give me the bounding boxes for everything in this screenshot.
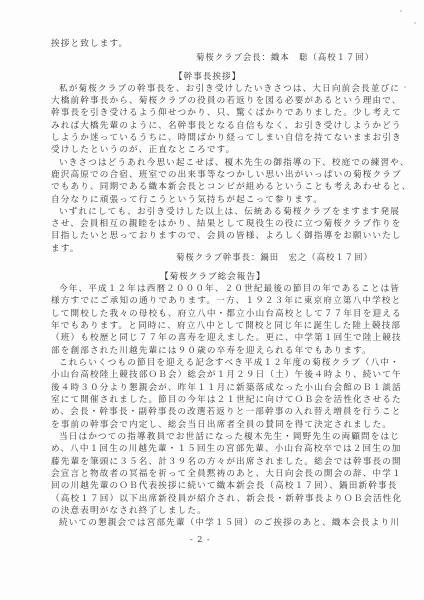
paragraph-line: 今年、平成１２年は西暦２０００年、２０世紀最後の節目の年であることは皆 (59, 284, 379, 294)
paragraph-line: め、八中１回生の川越先輩・１５回生の宮部先輩、小山台高校卒では２回生の加 (51, 444, 371, 454)
paragraph-line: しようか迷っているうちに、時間ばかり経ってしまい自信を持てないままお引き (51, 133, 371, 143)
paragraph-line: を事前の幹事会で内定し、総会当日出席者全員の賛同を得て決定されました。 (51, 420, 371, 430)
paragraph-line: これらいくつもの節目を迎える記念すべき平成１２年度の菊桜クラブ（八中・ (59, 358, 379, 368)
paragraph-line: 大橋前幹事長から、菊桜クラブの役員の若返りを図る必要があるという理由で、 (51, 96, 371, 106)
paragraph-line: 受けしたというのが、正直なところです。 (51, 145, 371, 155)
scan-speck (414, 22, 416, 24)
paragraph-line: の決意表明がなされ終了しました。 (51, 506, 371, 516)
paragraph-line: 続いての懇親会では宮部先輩（中学１５回）のご挨拶のあと、織本会長より川 (59, 518, 379, 528)
paragraph-line: 部を創部された川越先輩には９０歳の卒寿を迎えられる年でもあります。 (51, 346, 371, 356)
paragraph-line: 後４時３０分より懇親会が、昨年１１月に新築落成なった小山台会館のＢ１談話 (51, 383, 371, 393)
paragraph-line: いきさつはどうあれ今思い起こせば、榎木先生の御指導の下、校庭での練習や、 (59, 158, 379, 168)
paragraph-line: （班）も校歴と同じ７７年の喜寿を迎えました。更に、中学第１回生で陸上競技 (51, 333, 371, 343)
paragraph-line: 私が菊桜クラブの幹事長を、お引き受けしたいきさつは、大日向前会長並びに (59, 84, 379, 94)
scan-speck (400, 10, 402, 12)
paragraph-line: 藤先輩を筆頭に３５名、計３９名の方々が出席されました。総会では幹事長の開 (51, 457, 371, 467)
paragraph-line: 回の川越先輩のＯＢ代表挨拶に続いて織本新会長（高校１７回）、鍋田新幹事長 (51, 481, 371, 491)
scan-speck (404, 86, 406, 88)
paragraph-line: 会宣言と物故者の冥福を祈って全員黙祷のあと、大日向会長の開会の辞、中学１ (51, 469, 371, 479)
intro-tail-text: 挨拶と致します。 (51, 39, 371, 49)
paragraph-line: （高校１７回）以下出席新役員が紹介され、新会長・新幹事長よりＯＢ会活性化 (51, 494, 371, 504)
paragraph-line: 幹事長を引き受けるよう仰せつかり、只、驚くばかりでありました。少し考えて (51, 108, 371, 118)
document-page: 挨拶と致します。 菊桜クラブ会長：織本 聡（高校１７回） 【幹事長挨拶】 私が菊… (0, 0, 424, 600)
paragraph-line: 小山台高校陸上競技部ＯＢ会）総会が１月２９日（土）午後４時より、続いて午 (51, 370, 371, 380)
paragraph-line: みれば大橋先輩のように、名幹事長となる自信もなく、お引き受けしようかどう (51, 121, 371, 131)
paragraph-line: め、会長・幹事長・副幹事長の改選若返りと一部幹事の入れ替え増員を行うこと (51, 407, 371, 417)
paragraph-line: 年でもあります。と同時に、府立八中として開校と同じ年に誕生した陸上競技部 (51, 321, 371, 331)
secretary-signature: 菊桜クラブ幹事長：鍋田 宏之（高校１７回） (176, 252, 373, 262)
paragraph-line: 様方すでにご承知の通りであります。一方、１９２３年に東京府立第八中学校と (51, 296, 371, 306)
paragraph-line: いずれにしても、お引き受けした以上は、伝統ある菊桜クラブをますます発展 (59, 207, 379, 217)
section-heading-secretary-greeting: 【幹事長挨拶】 (174, 72, 241, 82)
paragraph-line: 室にて開催されました。節目の今年は２１世紀に向けてＯＢ会を活性化させるた (51, 395, 371, 405)
paragraph-line: 鹿沢高原での合宿、班室での出来事等なつかしい思い出がいっぱいの菊桜クラブ (51, 170, 371, 180)
paragraph-line: でもあり、同期である織本新会長とコンビが組めるということも考えあわせると、 (51, 182, 371, 192)
section-heading-general-meeting-report: 【菊桜クラブ総会報告】 (160, 272, 266, 282)
paragraph-line: 自分なりに頑張って行こうという気持ちが起こって参ります。 (51, 195, 371, 205)
paragraph-line: 当日はかつての指導教員でお世話になった榎木先生・岡野先生の両顧問をはじ (59, 432, 379, 442)
paragraph-line: させ、会員相互の親睦をはかり、結果として現役生の役に立つ菊桜クラブ作りを (51, 219, 371, 229)
paragraph-line: 目指したいと思っておりますので、会員の皆様、よろしく御指導をお願いいたし (51, 231, 371, 241)
paragraph-line: して開校した我々の母校も、府立八中・都立小山台高校として７７年目を迎える (51, 309, 371, 319)
page-number: - 2 - (190, 535, 211, 544)
president-signature: 菊桜クラブ会長：織本 聡（高校１７回） (196, 52, 374, 62)
